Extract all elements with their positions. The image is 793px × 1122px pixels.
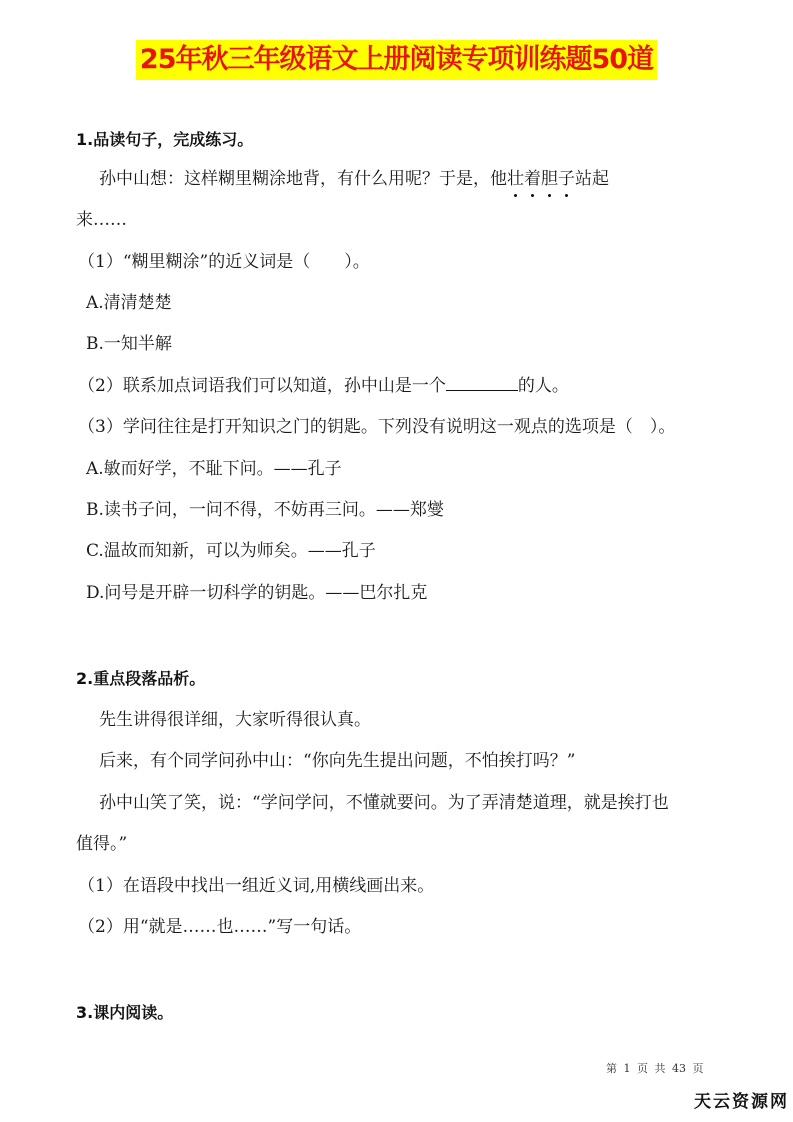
answer-blank[interactable] — [446, 374, 518, 391]
question-3-heading: 3.课内阅读。 — [76, 1001, 173, 1025]
question-2-sub-2-prompt: （2）用“就是……也……”写一句话。 — [78, 915, 361, 939]
question-2-sub-1-prompt: （1）在语段中找出一组近义词,用横线画出来。 — [78, 874, 434, 898]
question-1-sub-3-option-c: C.温故而知新，可以为师矣。——孔子 — [86, 539, 376, 563]
question-2-passage-line-1: 先生讲得很详细，大家听得很认真。 — [99, 708, 371, 732]
passage-text: 孙中山想：这样糊里糊涂地背，有什么用呢？于是，他 — [99, 169, 507, 189]
question-1-sub-3-option-d: D.问号是开辟一切科学的钥匙。——巴尔扎克 — [86, 581, 427, 605]
question-1-sub-3-option-a: A.敏而好学，不耻下问。——孔子 — [86, 457, 342, 481]
document-title: 25年秋三年级语文上册阅读专项训练题50道 — [136, 40, 657, 80]
question-1-sub-1-prompt: （1）“糊里糊涂”的近义词是（ ）。 — [78, 250, 370, 274]
question-1-passage-line-1: 孙中山想：这样糊里糊涂地背，有什么用呢？于是，他壮着胆子站起 — [99, 167, 609, 191]
question-2-passage-line-4: 值得。” — [76, 832, 127, 856]
question-1-sub-3-option-b: B.读书子问，一问不得，不妨再三问。——郑燮 — [86, 498, 444, 522]
question-2-passage-line-2: 后来，有个同学问孙中山：“你向先生提出问题，不怕挨打吗？” — [99, 749, 575, 773]
emphasized-char: 子 — [558, 167, 575, 191]
emphasized-char: 着 — [524, 167, 541, 191]
title-banner: 25年秋三年级语文上册阅读专项训练题50道 — [0, 40, 793, 80]
question-2-passage-line-3: 孙中山笑了笑，说：“学问学问，不懂就要问。为了弄清楚道理，就是挨打也 — [99, 791, 669, 815]
question-1-sub-2-prompt: （2）联系加点词语我们可以知道，孙中山是一个的人。 — [78, 374, 569, 398]
emphasized-char: 壮 — [507, 167, 524, 191]
question-1-sub-1-option-b: B.一知半解 — [86, 332, 172, 356]
question-1-sub-1-option-a: A.清清楚楚 — [86, 291, 172, 315]
passage-text: 站起 — [575, 169, 609, 189]
page-indicator: 第 1 页 共 43 页 — [606, 1060, 703, 1076]
question-2-heading: 2.重点段落品析。 — [76, 667, 205, 691]
question-1-sub-3-prompt: （3）学问往往是打开知识之门的钥匙。下列没有说明这一观点的选项是（ ）。 — [78, 415, 675, 439]
question-1-passage-line-2: 来…… — [76, 208, 127, 232]
emphasized-char: 胆 — [541, 167, 558, 191]
question-1-heading: 1.品读句子，完成练习。 — [76, 128, 253, 152]
document-page: 25年秋三年级语文上册阅读专项训练题50道 1.品读句子，完成练习。 孙中山想：… — [0, 0, 793, 1122]
watermark-logo: 天云资源网 — [694, 1087, 789, 1112]
prompt-text: （2）联系加点词语我们可以知道，孙中山是一个 — [78, 376, 446, 396]
prompt-text: 的人。 — [518, 376, 569, 396]
